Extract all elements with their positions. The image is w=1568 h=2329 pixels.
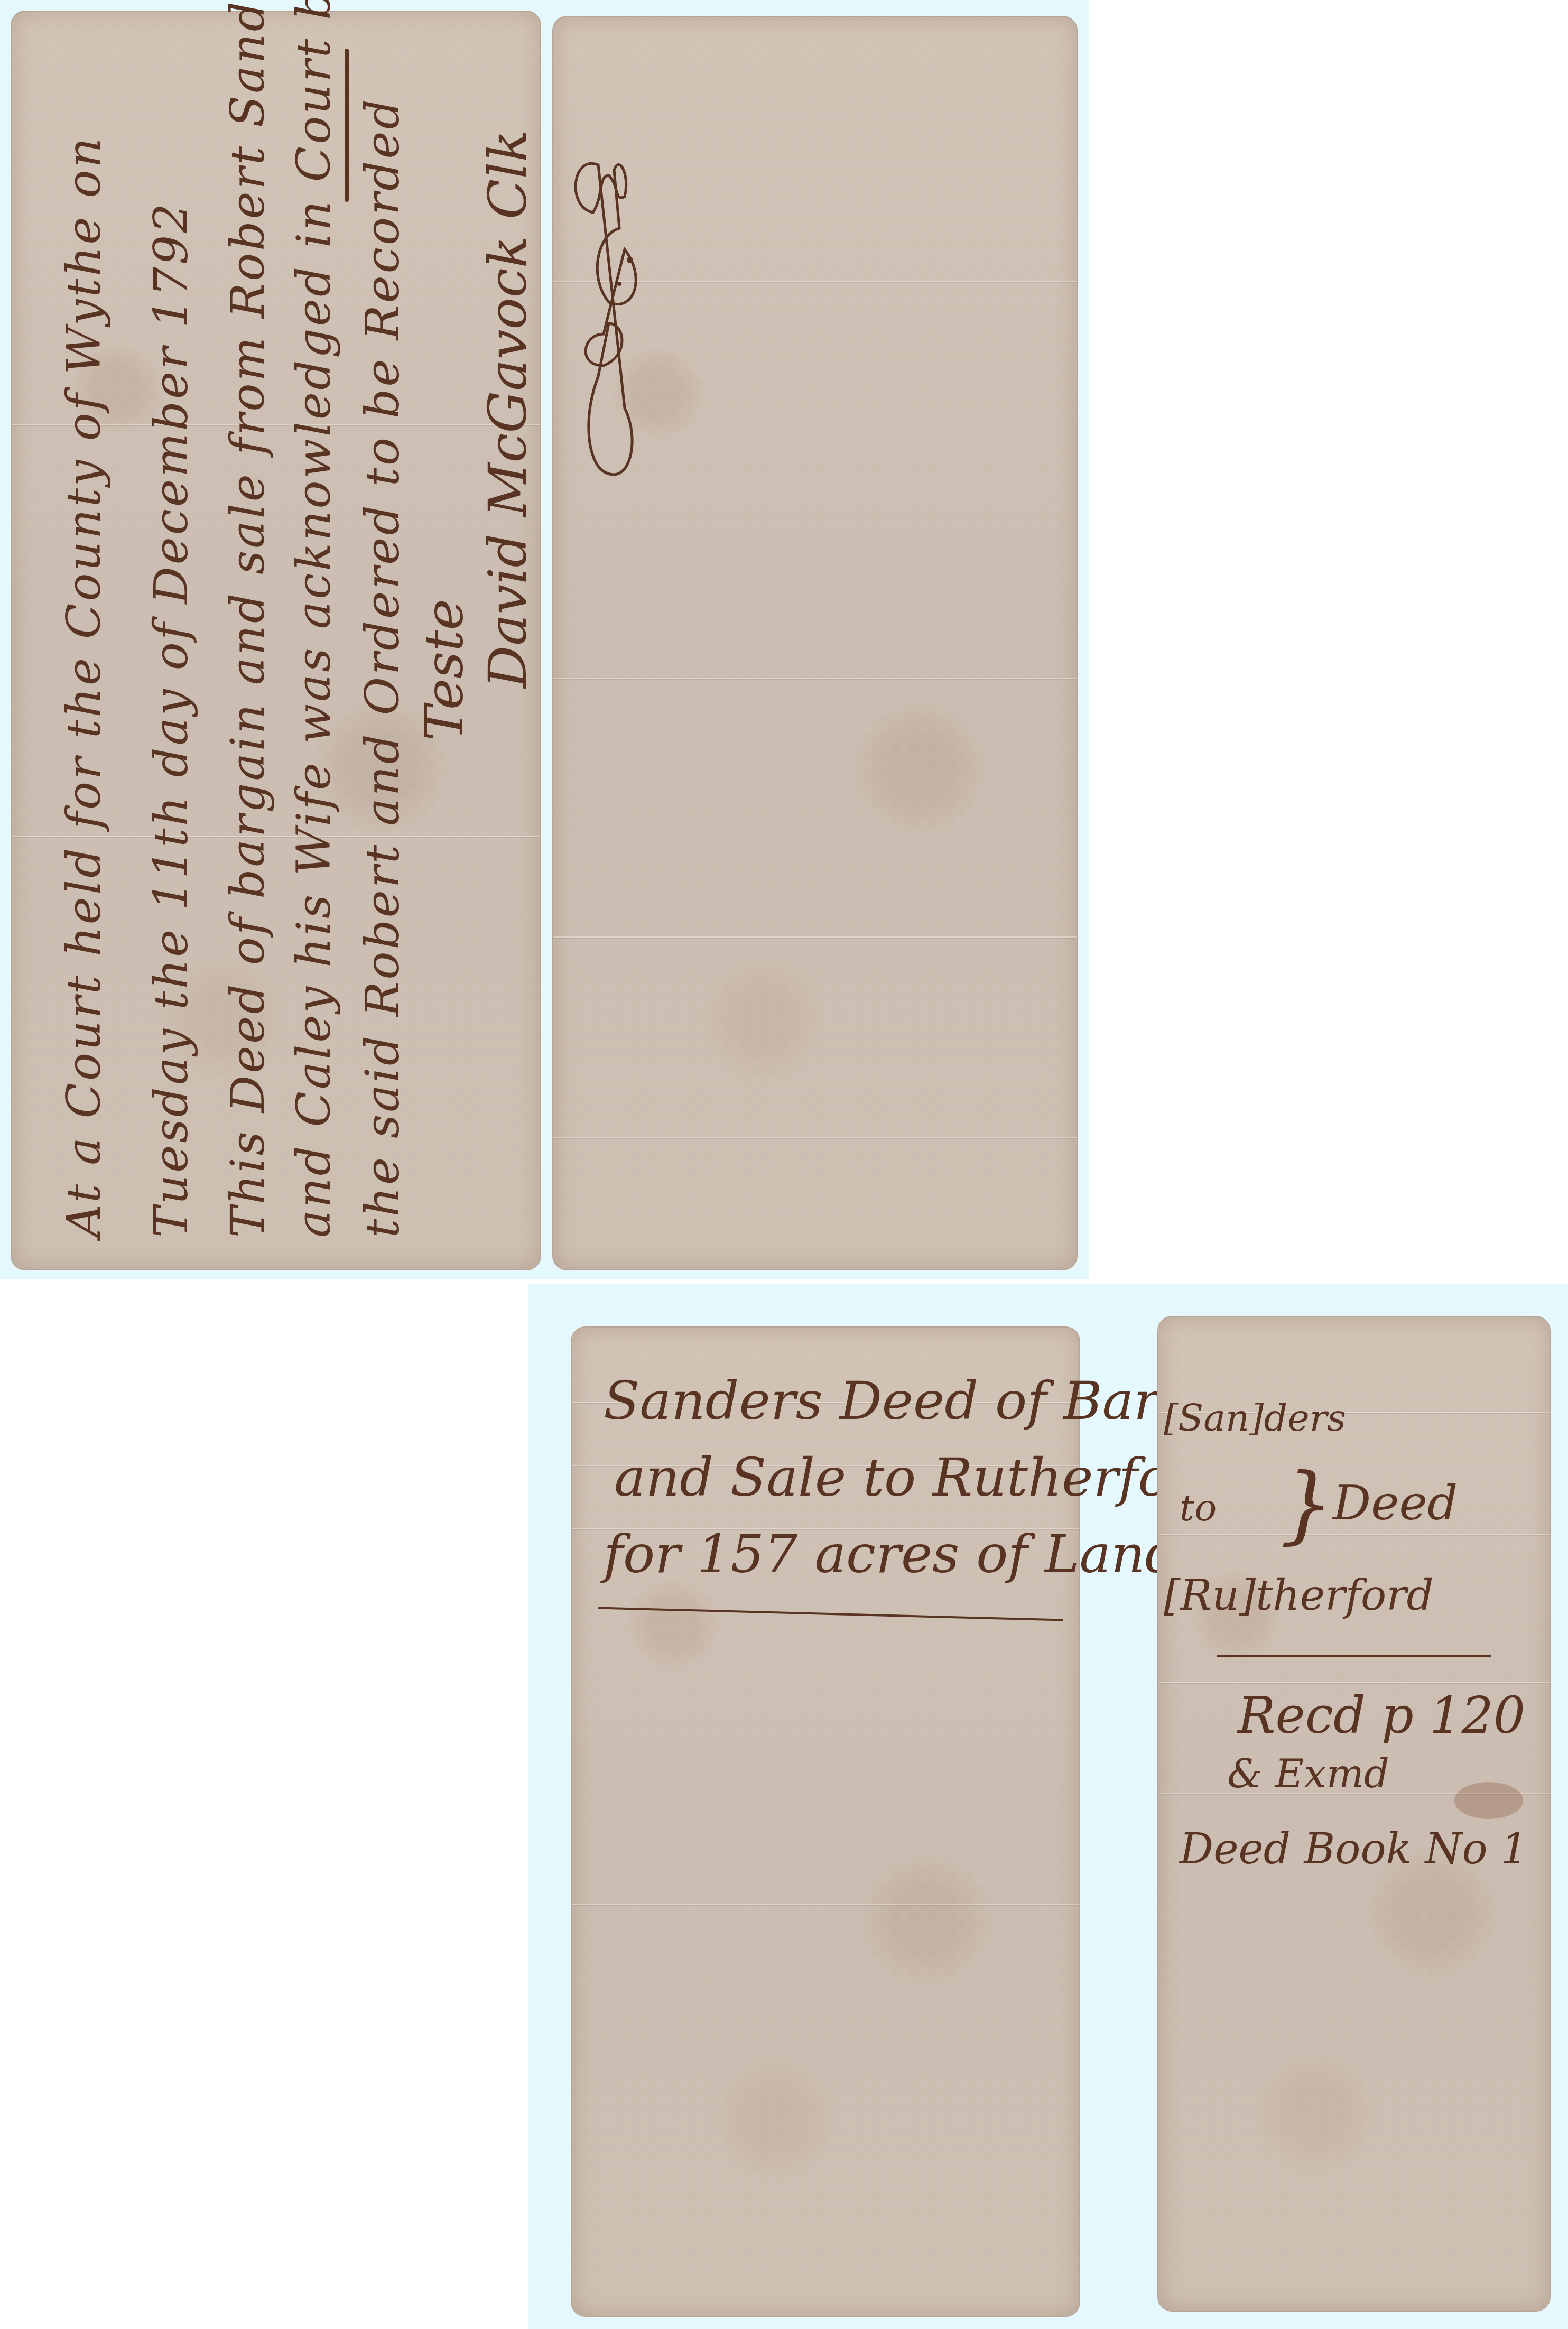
end-dash <box>345 49 349 202</box>
ink-stain <box>1454 1782 1523 1819</box>
docket-line-2: and Sale to Rutherford <box>614 1446 1229 1508</box>
panel-docket-right: [San]ders to } Deed [Ru]therford Recd p … <box>1157 1316 1551 2312</box>
docket-underline <box>598 1607 1063 1621</box>
record-line-2: Tuesday the 11th day of December 1792 <box>144 201 198 1238</box>
deed-book: Deed Book No 1 <box>1180 1824 1528 1873</box>
clerk-signature: David McGavock Clk <box>477 130 539 688</box>
docket-deed: Deed <box>1333 1476 1458 1531</box>
docket-name-1: [San]ders <box>1164 1396 1346 1440</box>
panel-court-record: At a Court held for the County of Wythe … <box>11 11 541 1270</box>
panel-mark <box>552 16 1078 1270</box>
docket-right-underline <box>1217 1655 1491 1657</box>
recorded-page: Recd p 120 <box>1238 1687 1525 1745</box>
docket-line-3: for 157 acres of Land <box>604 1523 1179 1585</box>
panel-docket-left: Sanders Deed of Bargn and Sale to Ruther… <box>571 1326 1080 2317</box>
docket-name-2: [Ru]therford <box>1164 1571 1434 1620</box>
teste-label: Teste <box>413 599 475 741</box>
paraph-mark-icon <box>561 144 656 598</box>
docket-brace-icon: } <box>1280 1454 1334 1553</box>
record-line-3: This Deed of bargain and sale from Rober… <box>220 0 275 1238</box>
record-line-5: the said Robert and Ordered to be Record… <box>355 97 410 1238</box>
record-line-4: and Caley his Wife was acknowledged in C… <box>286 0 341 1238</box>
record-line-1: At a Court held for the County of Wythe … <box>57 136 111 1238</box>
docket-line-1: Sanders Deed of Bargn <box>604 1370 1227 1432</box>
examined: & Exmd <box>1227 1750 1389 1797</box>
docket-to: to <box>1180 1486 1217 1529</box>
